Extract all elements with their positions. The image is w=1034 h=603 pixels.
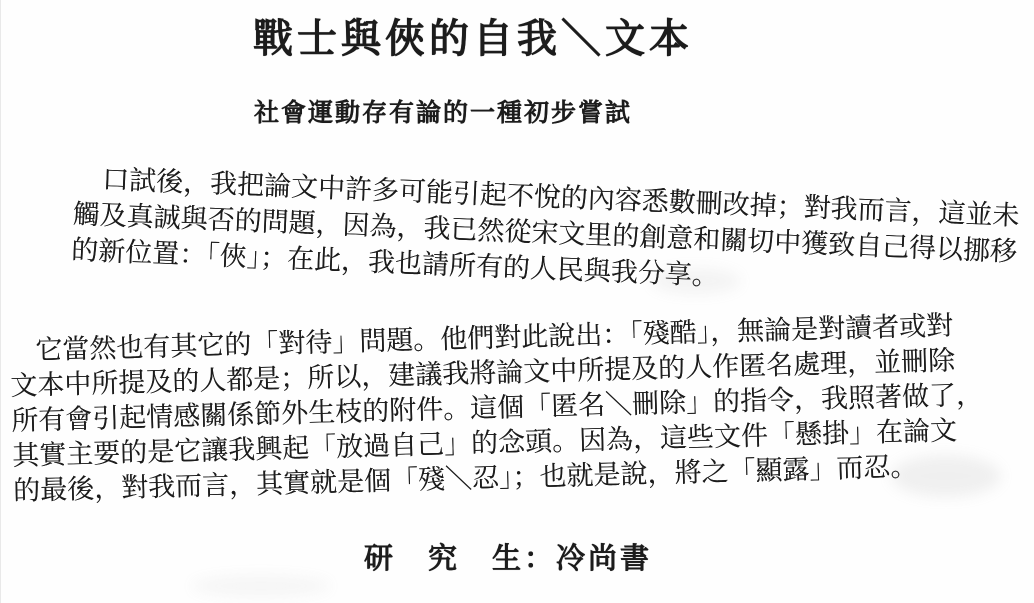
- signature-line: 研 究 生：冷尚書: [1, 536, 1034, 577]
- page-title: 戰士與俠的自我＼文本: [1, 12, 1034, 66]
- page-subtitle: 社會運動存有論的一種初步嘗試: [1, 96, 1034, 132]
- paragraph-1: 口試後，我把論文中許多可能引起不悅的內容悉數刪改掉；對我而言，這並未 觸及真誠與…: [71, 160, 1034, 306]
- paragraph-2: 它當然也有其它的「對待」問題。他們對此說出：「殘酷」，無論是對讀者或對 文本中所…: [9, 306, 1033, 509]
- document-page: 戰士與俠的自我＼文本 社會運動存有論的一種初步嘗試 口試後，我把論文中許多可能引…: [0, 0, 1034, 603]
- scan-smudge: [191, 575, 331, 597]
